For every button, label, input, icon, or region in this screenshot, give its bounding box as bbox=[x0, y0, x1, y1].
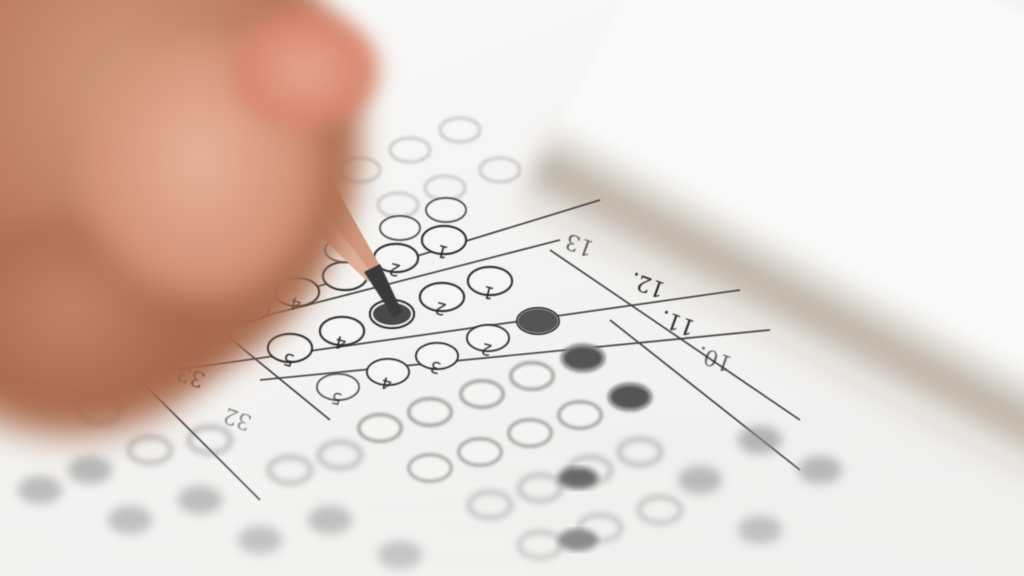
filled-bubble bbox=[518, 309, 558, 333]
question-number-13: 13 bbox=[562, 228, 597, 261]
photo-scene: 12. 11. 13 10. 33. 32 34 5 4 2 1 bbox=[0, 0, 1024, 576]
hand-index-finger bbox=[230, 10, 380, 130]
question-number-10: 10. bbox=[694, 340, 735, 375]
question-number-12: 12. bbox=[627, 266, 668, 301]
depth-of-field-overlay bbox=[0, 420, 1024, 576]
question-number-11: 11. bbox=[657, 304, 698, 339]
